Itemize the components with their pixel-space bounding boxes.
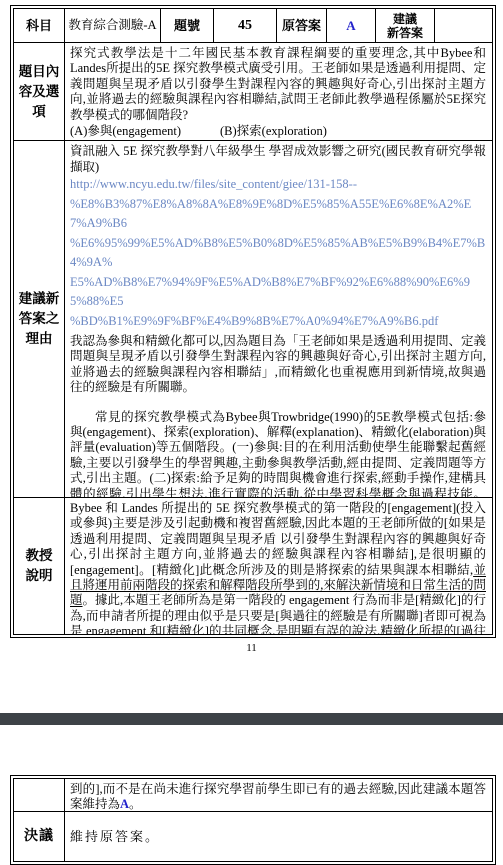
review-table-page1: 科目 教育綜合測驗-A 題號 45 原答案 A 建議 新答案 題目內 容及選 項… — [10, 5, 496, 638]
question-row: 題目內 容及選 項 探究式教學法是十二年國民基本教育課程綱要的重要理念,其中By… — [14, 43, 492, 141]
suggested-answer-label: 建議 新答案 — [376, 9, 435, 42]
source-title: 資訊融入 5E 探究教學對八年級學生 學習成效影響之研究(國民教育研究學報擷取) — [70, 144, 486, 175]
professor-text-before: Bybee 和 Landes 所提出的 5E 探究教學模式的第一階段的[enga… — [70, 501, 486, 577]
continuation-empty-label — [14, 779, 65, 811]
continuation-period: 。 — [129, 797, 142, 811]
suggested-answer-value — [435, 9, 492, 42]
url-line[interactable]: %E8%B3%87%E8%A8%8A%E8%9E%8D%E5%85%A55E%E… — [70, 195, 486, 234]
decision-value: 維持原答案。 — [65, 812, 492, 861]
url-line[interactable]: http://www.ncyu.edu.tw/files/site_conten… — [70, 175, 486, 195]
url-line[interactable]: %BD%B1%E9%9F%BF%E4%B9%8B%E7%A0%94%E7%A9%… — [70, 312, 486, 332]
reason-paragraph-2: 常見的探究教學模式為Bybee與Trowbridge(1990)的5E教學模式包… — [70, 410, 486, 497]
source-hyperlink[interactable]: http://www.ncyu.edu.tw/files/site_conten… — [70, 175, 486, 331]
professor-section-label: 教授 說明 — [14, 498, 65, 634]
professor-row: 教授 說明 Bybee 和 Landes 所提出的 5E 探究教學模式的第一階段… — [14, 498, 492, 634]
header-row: 科目 教育綜合測驗-A 題號 45 原答案 A 建議 新答案 — [14, 9, 492, 43]
review-table-page2: 到的],而不是在尚未進行探究學習前學生即已有的過去經驗,因此建議本題答案維持為A… — [10, 775, 496, 865]
professor-text-after: 。據此,本題王老師所為是第一階段的 engagement 行為而非是[精緻化]的… — [70, 593, 486, 634]
subject-value: 教育綜合測驗-A — [65, 9, 161, 42]
page-separator-bar — [0, 713, 503, 725]
reason-section-label: 建議新 答案之 理由 — [14, 141, 65, 497]
reason-content: 資訊融入 5E 探究教學對八年級學生 學習成效影響之研究(國民教育研究學報擷取)… — [65, 141, 492, 497]
question-body: 探究式教學法是十二年國民基本教育課程綱要的重要理念,其中Bybee和Landes… — [70, 46, 486, 123]
continuation-row: 到的],而不是在尚未進行探究學習前學生即已有的過去經驗,因此建議本題答案維持為A… — [14, 779, 492, 812]
question-content: 探究式教學法是十二年國民基本教育課程綱要的重要理念,其中Bybee和Landes… — [65, 43, 492, 140]
url-line[interactable]: %E6%95%99%E5%AD%B8%E5%B0%8D%E5%85%AB%E5%… — [70, 234, 486, 273]
url-line[interactable]: E5%AD%B8%E7%94%9F%E5%AD%B8%E7%BF%92%E6%8… — [70, 273, 486, 312]
subject-label: 科目 — [14, 9, 65, 42]
reason-row: 建議新 答案之 理由 資訊融入 5E 探究教學對八年級學生 學習成效影響之研究(… — [14, 141, 492, 498]
decision-row: 決議 維持原答案。 — [14, 812, 492, 861]
page-number: 11 — [0, 642, 503, 654]
reason-paragraph-1: 我認為參與和精緻化都可以,因為題目為「王老師如果是透過利用提問、定義問題與呈現矛… — [70, 334, 486, 396]
original-answer-label: 原答案 — [277, 9, 327, 42]
document-page: 科目 教育綜合測驗-A 題號 45 原答案 A 建議 新答案 題目內 容及選 項… — [0, 0, 503, 865]
decision-label: 決議 — [14, 812, 65, 861]
question-section-label: 題目內 容及選 項 — [14, 43, 65, 140]
option-b: (B)探索(exploration) — [220, 124, 327, 139]
options-line-1: (A)參與(engagement) (B)探索(exploration) — [70, 124, 486, 139]
continuation-answer: A — [120, 797, 129, 811]
continuation-content: 到的],而不是在尚未進行探究學習前學生即已有的過去經驗,因此建議本題答案維持為A… — [65, 779, 492, 811]
question-number-value: 45 — [214, 9, 277, 42]
professor-content: Bybee 和 Landes 所提出的 5E 探究教學模式的第一階段的[enga… — [65, 498, 492, 634]
question-number-label: 題號 — [161, 9, 214, 42]
original-answer-value: A — [327, 9, 376, 42]
option-a: (A)參與(engagement) — [70, 124, 220, 139]
